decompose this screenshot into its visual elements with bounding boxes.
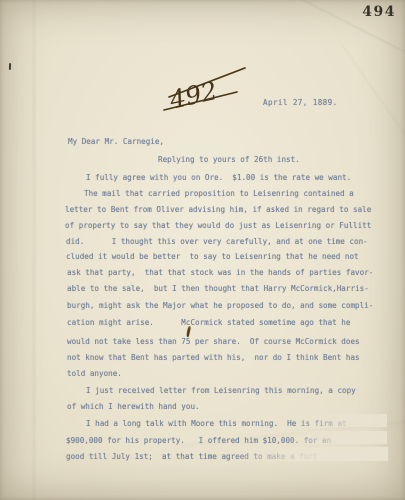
salutation: My Dear Mr. Carnegie, [68, 137, 164, 147]
letter-line: burgh, might ask the Major what he propo… [67, 301, 373, 311]
letter-line: cation might arise. McCormick stated som… [67, 318, 350, 328]
letter-line: would not take less than 75 per share. O… [67, 337, 360, 347]
handwritten-page-number: 492 [157, 56, 249, 114]
letter-line: able to the sale, but I then thought tha… [67, 284, 369, 294]
printed-page-number: 494 [362, 4, 396, 20]
letter-line: of property to say that they would do ju… [65, 221, 371, 231]
letter-line: $900,000 for his property. I offered him… [66, 436, 331, 446]
letter-line: letter to Bent from Oliver advising him,… [65, 205, 371, 215]
handwritten-number-text: 492 [166, 76, 220, 114]
letter-line: not know that Bent has parted with his, … [67, 353, 360, 363]
letter-line: cluded it would be better to say to Leis… [66, 252, 359, 262]
letter-line: ask that party, that that stock was in t… [67, 268, 373, 278]
letter-line: I fully agree with you on Ore. $1.00 is … [86, 173, 351, 183]
ink-tick-mark [9, 63, 11, 70]
letter-line: I had a long talk with Moore this mornin… [86, 419, 347, 429]
letter-scan-page: 494 492 April 27, 1889. My Dear Mr. Carn… [0, 0, 405, 500]
letter-date: April 27, 1889. [263, 98, 338, 108]
letter-line: good till July 1st; at that time agreed … [66, 452, 317, 462]
letter-line: I just received letter from Leisenring t… [86, 386, 356, 396]
letter-line: The mail that carried proposition to Lei… [84, 189, 354, 199]
letter-line: of which I herewith hand you. [67, 402, 200, 412]
letter-line: did. I thought this over very carefully,… [66, 237, 368, 247]
letter-line: told anyone. [67, 369, 122, 379]
letter-opening: Replying to yours of 26th inst. [158, 155, 300, 165]
paper-crease [33, 0, 35, 500]
